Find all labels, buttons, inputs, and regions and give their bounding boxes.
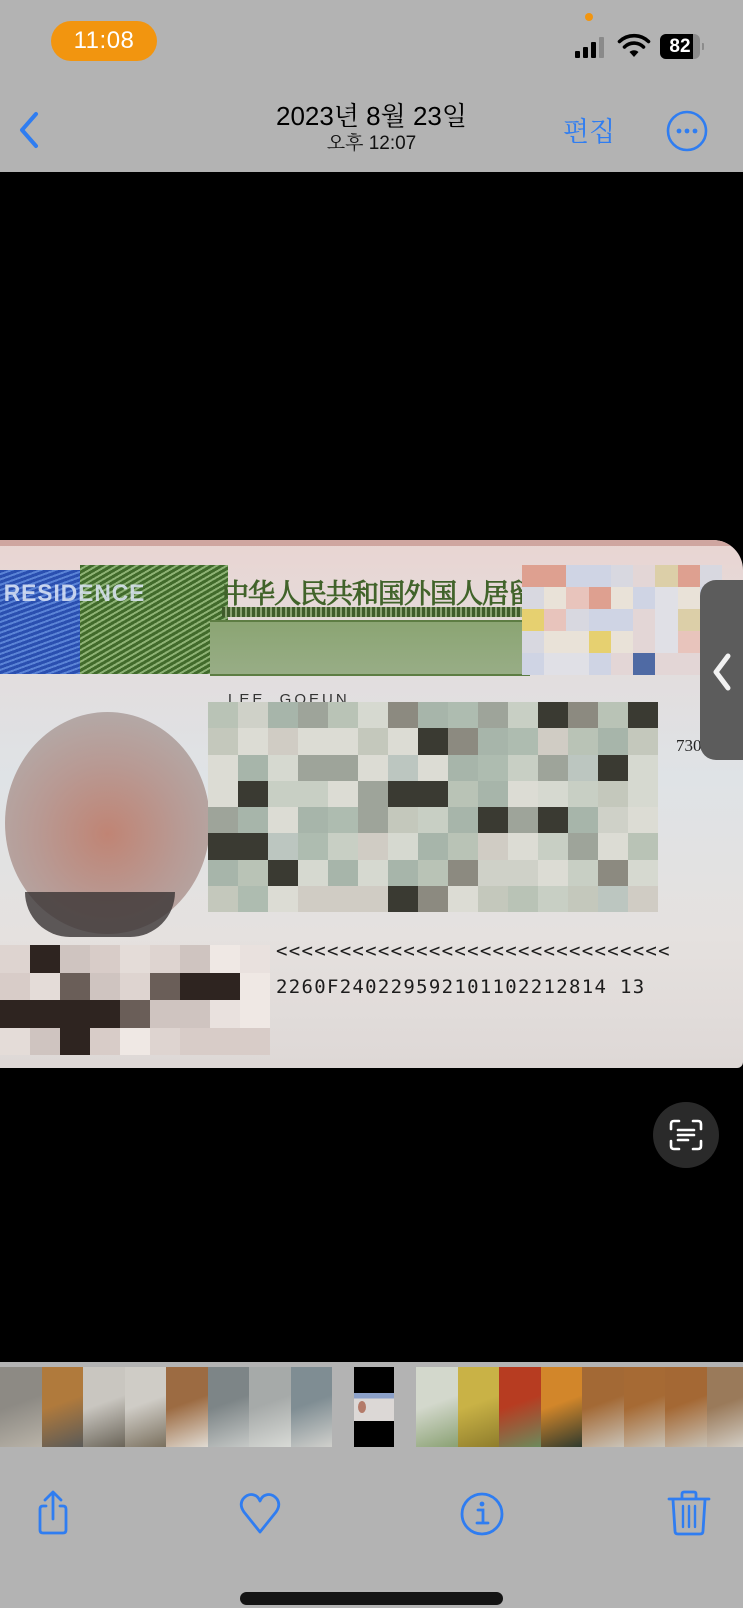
mrz-line-2: 2260F240229592101102212814 13 xyxy=(276,976,645,998)
trash-icon[interactable] xyxy=(666,1490,712,1536)
pixelated-region-details xyxy=(208,702,658,912)
header-band xyxy=(210,620,530,676)
thumbnail-current[interactable] xyxy=(354,1367,394,1447)
heart-icon[interactable] xyxy=(237,1490,283,1536)
chevron-left-icon xyxy=(711,652,733,692)
battery-level: 82 xyxy=(660,34,700,59)
live-text-scan-icon xyxy=(669,1119,703,1151)
thumbnail-factory-1[interactable] xyxy=(208,1367,250,1447)
thumbnail-yellow-wall[interactable] xyxy=(458,1367,500,1447)
thumbnail-gap xyxy=(394,1367,416,1447)
wifi-icon xyxy=(617,33,651,59)
thumbnail-id-card[interactable] xyxy=(416,1367,458,1447)
thumbnail-selfie[interactable] xyxy=(541,1367,583,1447)
pixelated-region-mrz xyxy=(0,945,270,1055)
thumbnail-book[interactable] xyxy=(42,1367,84,1447)
info-icon[interactable] xyxy=(459,1490,505,1536)
permit-title-en xyxy=(222,607,522,617)
photo-date-header: 2023년 8월 23일 오후 12:07 xyxy=(200,100,543,156)
mrz-line-1: <<<<<<<<<<<<<<<<<<<<<<<<<<<<<<< xyxy=(276,940,671,962)
chevron-left-icon[interactable] xyxy=(14,108,44,152)
photos-viewer-screen: 11:08 82 2023년 8월 23일 오후 12:07 편집 RESIDE… xyxy=(0,0,743,1608)
hair-shadow xyxy=(25,892,175,937)
ellipsis-circle-icon[interactable] xyxy=(666,110,708,152)
residence-permit-photo: RESIDENCE 中华人民共和国外国人居留许 LEE, GOEUN 730 <… xyxy=(0,540,743,1068)
side-panel-handle[interactable] xyxy=(700,580,743,760)
edit-button[interactable]: 편집 xyxy=(563,110,615,149)
thumbnail-meeting-3[interactable] xyxy=(166,1367,208,1447)
thumbnail-drink[interactable] xyxy=(499,1367,541,1447)
field-number: 730 xyxy=(676,736,702,756)
thumbnail-office-3[interactable] xyxy=(665,1367,707,1447)
battery-icon: 82 xyxy=(660,34,704,59)
thumbnail-factory-2[interactable] xyxy=(249,1367,291,1447)
pixelated-region-top xyxy=(522,565,722,675)
thumbnail-gap xyxy=(332,1367,354,1447)
thumbnail-document[interactable] xyxy=(0,1367,42,1447)
thumbnail-office-2[interactable] xyxy=(624,1367,666,1447)
thumbnail-office-1[interactable] xyxy=(582,1367,624,1447)
thumbnail-meeting-1[interactable] xyxy=(83,1367,125,1447)
signal-icon xyxy=(575,36,604,58)
mic-in-use-indicator xyxy=(585,13,593,21)
thumbnail-equipment[interactable] xyxy=(291,1367,333,1447)
thumbnail-office-4[interactable] xyxy=(707,1367,743,1447)
residence-label: RESIDENCE xyxy=(4,580,146,608)
photo-time: 오후 12:07 xyxy=(200,132,543,156)
share-icon[interactable] xyxy=(30,1490,76,1536)
home-indicator[interactable] xyxy=(240,1592,503,1605)
thumbnail-strip[interactable] xyxy=(0,1367,743,1447)
photo-canvas[interactable]: RESIDENCE 中华人民共和国外国人居留许 LEE, GOEUN 730 <… xyxy=(0,172,743,1362)
live-text-button[interactable] xyxy=(653,1102,719,1168)
permit-title-cn: 中华人民共和国外国人居留许 xyxy=(222,572,560,611)
photo-date: 2023년 8월 23일 xyxy=(200,100,543,132)
thumbnail-meeting-2[interactable] xyxy=(125,1367,167,1447)
status-time-pill[interactable]: 11:08 xyxy=(51,21,157,61)
